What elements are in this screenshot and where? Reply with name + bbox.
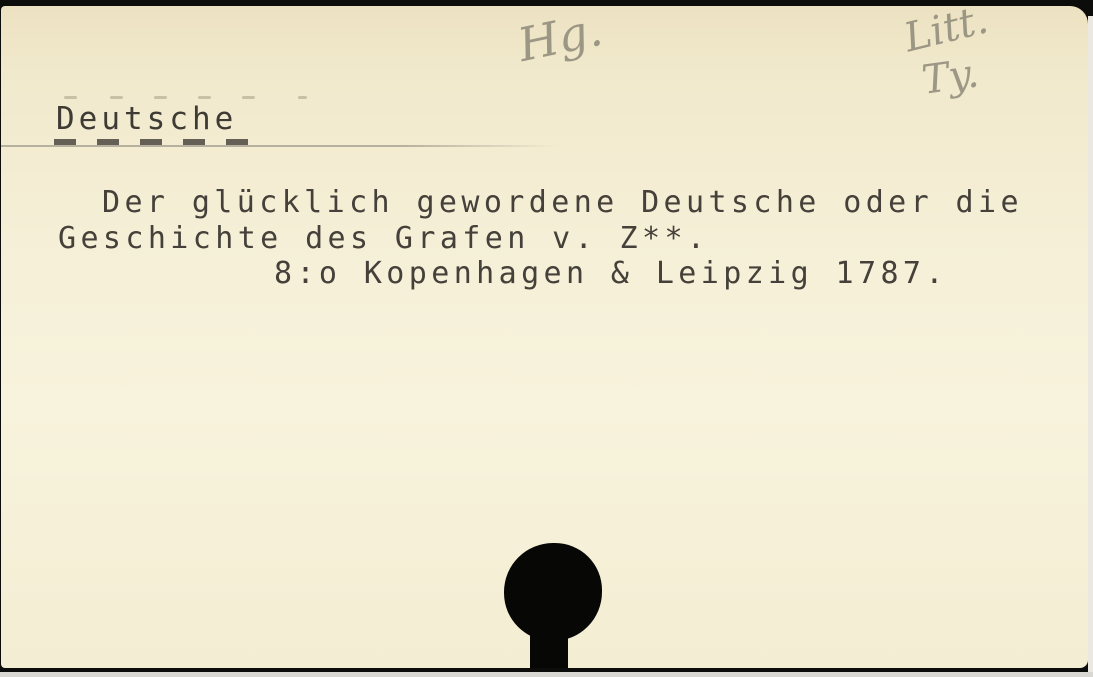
card-heading: Deutsche [56, 101, 237, 137]
scanned-catalog-card-image: Hg. Litt. Ty. Deutsche Der glücklich gew… [0, 0, 1093, 677]
scanner-bed-strip-right [1088, 16, 1093, 672]
pencil-annotation-ty: Ty. [919, 50, 982, 103]
entry-title-line-1: Der glücklich gewordene Deutsche oder di… [102, 185, 1023, 221]
punch-hole-slot [530, 606, 568, 668]
ruled-line [1, 145, 558, 147]
typed-dashed-underline [54, 139, 255, 145]
ink-smudge [242, 96, 255, 99]
ink-smudge [198, 96, 211, 99]
scanner-bed-strip-bottom [0, 672, 1093, 677]
catalog-entry: Der glücklich gewordene Deutsche oder di… [58, 185, 1023, 292]
ink-smudge [298, 96, 307, 99]
ink-smudge [110, 96, 123, 99]
pencil-annotation-litt: Litt. [900, 6, 993, 62]
entry-title-line-2: Geschichte des Grafen v. Z**. [58, 221, 1023, 257]
ink-smudge [154, 96, 167, 99]
catalog-card: Hg. Litt. Ty. Deutsche Der glücklich gew… [1, 6, 1088, 668]
entry-imprint-line: 8:o Kopenhagen & Leipzig 1787. [274, 256, 1023, 292]
ink-smudge [64, 96, 77, 99]
pencil-annotation-hg: Hg. [513, 6, 607, 72]
